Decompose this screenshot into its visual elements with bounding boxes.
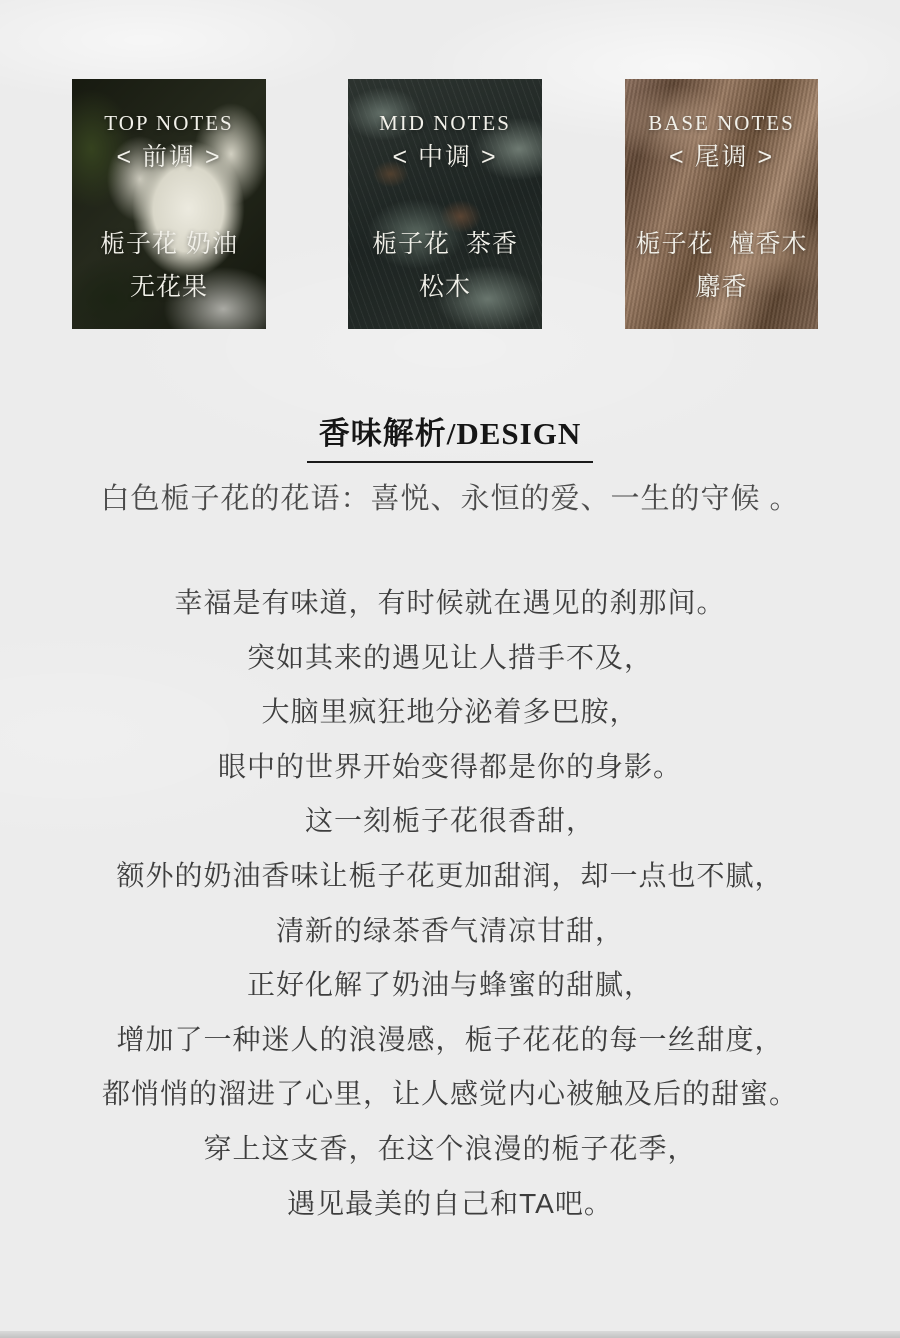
product-description-page: TOP NOTES < 前调 > 栀子花 奶油 无花果 MID NOTES < …: [0, 0, 900, 1338]
base-notes-ingredients-line1: 栀子花 檀香木: [625, 224, 818, 260]
poem-line: 清新的绿茶香气清凉甘甜，: [40, 904, 860, 959]
mid-notes-ingredients-line2: 松木: [348, 267, 542, 303]
section-title: 香味解析/DESIGN: [307, 408, 593, 463]
base-notes-card: BASE NOTES < 尾调 > 栀子花 檀香木 麝香: [625, 79, 818, 329]
poem-line: 遇见最美的自己和TA吧。: [40, 1177, 860, 1232]
mid-notes-overlay: MID NOTES < 中调 > 栀子花 茶香 松木: [348, 79, 542, 329]
mid-notes-card: MID NOTES < 中调 > 栀子花 茶香 松木: [348, 79, 542, 329]
poem-line: 穿上这支香，在这个浪漫的栀子花季，: [40, 1122, 860, 1177]
base-notes-ingredients-line2: 麝香: [625, 267, 818, 303]
top-notes-en-title: TOP NOTES: [72, 111, 266, 136]
section-divider: [0, 1331, 900, 1338]
poem-line: 眼中的世界开始变得都是你的身影。: [40, 740, 860, 795]
top-notes-overlay: TOP NOTES < 前调 > 栀子花 奶油 无花果: [72, 79, 266, 329]
poem-line: 幸福是有味道，有时候就在遇见的刹那间。: [40, 576, 860, 631]
top-notes-ingredients-line2: 无花果: [72, 267, 266, 303]
mid-notes-cn-title: < 中调 >: [348, 137, 542, 173]
poem-line: 突如其来的遇见让人措手不及，: [40, 631, 860, 686]
poem-line: 大脑里疯狂地分泌着多巴胺，: [40, 685, 860, 740]
mid-notes-en-title: MID NOTES: [348, 111, 542, 136]
base-notes-overlay: BASE NOTES < 尾调 > 栀子花 檀香木 麝香: [625, 79, 818, 329]
scent-poem: 幸福是有味道，有时候就在遇见的刹那间。 突如其来的遇见让人措手不及， 大脑里疯狂…: [40, 576, 860, 1231]
design-section-header: 香味解析/DESIGN: [0, 408, 900, 463]
mid-notes-ingredients-line1: 栀子花 茶香: [348, 224, 542, 260]
poem-line: 正好化解了奶油与蜂蜜的甜腻，: [40, 958, 860, 1013]
poem-line: 额外的奶油香味让栀子花更加甜润，却一点也不腻，: [40, 849, 860, 904]
top-notes-card: TOP NOTES < 前调 > 栀子花 奶油 无花果: [72, 79, 266, 329]
poem-line: 这一刻栀子花很香甜，: [40, 794, 860, 849]
flower-meaning-intro: 白色栀子花的花语：喜悦、永恒的爱、一生的守候 。: [50, 476, 850, 517]
poem-line: 都悄悄的溜进了心里，让人感觉内心被触及后的甜蜜。: [40, 1067, 860, 1122]
base-notes-en-title: BASE NOTES: [625, 111, 818, 136]
top-notes-cn-title: < 前调 >: [72, 137, 266, 173]
base-notes-cn-title: < 尾调 >: [625, 137, 818, 173]
top-notes-ingredients-line1: 栀子花 奶油: [72, 224, 266, 260]
poem-line: 增加了一种迷人的浪漫感，栀子花花的每一丝甜度，: [40, 1013, 860, 1068]
